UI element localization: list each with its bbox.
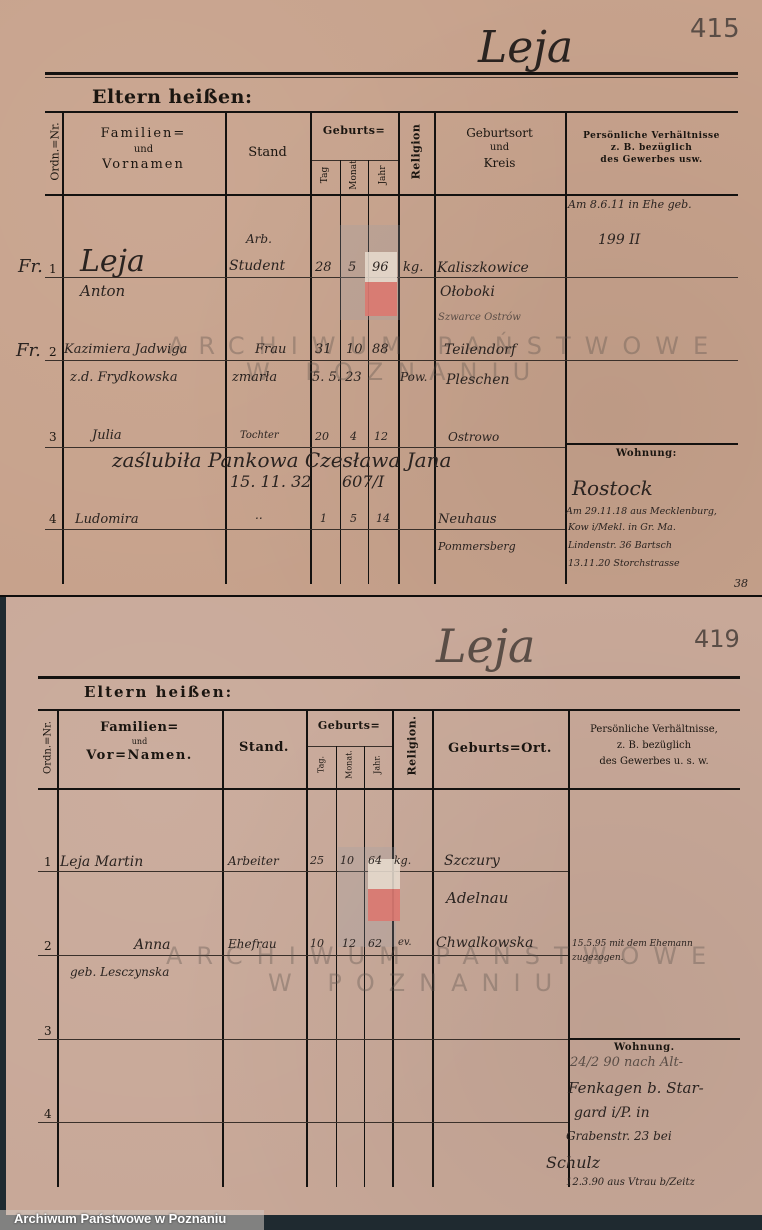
registration-card-upper: Leja 415 Eltern heißen: Ordn.=Nr. Famili… [0,0,762,595]
archive-caption: Archiwum Państwowe w Poznaniu [14,1211,226,1226]
row-line [38,1122,568,1123]
archive-caption-bar: Archiwum Państwowe w Poznaniu [0,1210,264,1230]
wohnung-rule [568,1038,740,1040]
religion-cell: ev. [398,937,412,948]
registration-card-lower: Leja 419 Eltern heißen: Ordn.=Nr. Famili… [6,597,762,1215]
wohnung-note: Kow i/Mekl. in Gr. Ma. [568,522,676,533]
wohnung-note: Am 29.11.18 aus Mecklenburg, [566,506,717,517]
wohnung-note: Rostock [572,476,653,500]
name-cell: Kazimiera Jadwiga [64,342,187,357]
jahr-cell: 96 [372,260,389,275]
ort-cell: Teilendorf [444,342,516,358]
section-title: Eltern heißen: [92,86,252,108]
stand-cell: Tochter [240,430,279,441]
header-names: Familien= und Vor=Namen. [57,719,222,765]
header-names: Familien= und Vornamen [62,125,225,174]
monat-cell: 5 [350,512,357,525]
monat-cell: 10 [346,342,363,357]
personal-note: 15.5.95 mit dem Ehemann zugezogen. [572,937,742,966]
margin-mark: Fr. [18,256,43,277]
header-ort-line1: Geburtsort [434,125,565,141]
wohnung-note: 38 [734,577,748,590]
name-cell-2: Anton [80,282,125,300]
marriage-note: zaślubiła Pankowa Czesława Jana [112,448,451,472]
ort-cell-2: Adelnau [446,889,508,907]
header-personal: Persönliche Verhältnisse, z. B. bezüglic… [568,722,740,770]
header-names-line2: und [57,737,222,748]
header-pers-line3: des Gewerbes usw. [565,154,738,166]
wohnung-note: 12.3.90 aus Vtrau b/Zeitz [566,1177,695,1188]
ort-cell: Chwalkowska [436,935,533,951]
name-cell-2: z.d. Frydkowska [70,370,178,385]
header-names-line3: Vornamen [62,156,225,174]
died-date: 5. 5. 23 [312,370,362,385]
header-pers-line1: Persönliche Verhältnisse, [568,722,740,738]
page-number: 415 [690,14,740,44]
header-jahr: Jahr. [373,746,382,784]
row-number: 2 [49,345,57,359]
header-monat: Monat [349,155,359,195]
personal-note: Am 8.6.11 in Ehe geb. [568,198,692,211]
wohnung-rule [565,443,738,445]
row-number: 3 [44,1024,52,1038]
page-number: 419 [694,625,740,653]
tag-cell: 28 [315,260,332,275]
wohnung-note: Fenkagen b. Star- [568,1079,704,1097]
table-top-border [45,111,738,113]
jahr-cell: 62 [368,937,382,950]
row-number: 3 [49,430,57,444]
personal-note: 199 II [598,232,640,248]
header-ordn: Ordn.=Nr. [43,703,54,793]
row-line [45,529,565,530]
ort-cell: Szczury [444,853,500,869]
ort-cell-3: Szwarce Ostrów [438,312,521,323]
tag-cell: 20 [315,430,329,443]
stand-cell: Student [229,258,285,274]
header-tag: Tag [320,155,330,195]
religion-cell: kg. [394,854,411,867]
header-stand: Stand. [222,739,306,757]
stamp-flag-red [365,282,397,316]
header-ordn: Ordn.=Nr. [49,107,62,197]
stamp-flag-red [368,889,400,921]
tag-cell: 31 [315,342,332,357]
religion-cell: Pow. [400,370,427,384]
stand-cell: Arbeiter [228,854,279,868]
monat-cell: 12 [342,937,356,950]
name-cell-2: geb. Lesczynska [70,965,169,979]
header-names-line3: Vor=Namen. [57,747,222,765]
wohnung-note: gard i/P. in [574,1105,650,1121]
wohnung-note: 24/2 90 nach Alt- [570,1055,683,1070]
ort-cell-2: Pommersberg [438,540,516,553]
surname-heading: Leja [478,22,573,73]
ort-cell-2: Pleschen [446,372,510,388]
jahr-cell: 14 [376,512,390,525]
row-number: 4 [49,512,57,526]
header-bottom-border [38,788,740,790]
stand-cell: .. [255,508,263,522]
jahr-cell: 64 [368,854,382,867]
stand-cell: Frau [255,342,286,357]
stand-cell: Ehefrau [228,937,277,951]
monat-cell: 10 [340,854,354,867]
wohnung-note: 13.11.20 Storchstrasse [568,558,680,569]
stand-cell-top: Arb. [246,232,272,246]
row-line [38,1039,568,1040]
ort-cell: Kaliszkowice [437,260,529,276]
name-cell: Anna [134,937,171,953]
ort-cell: Ostrowo [448,430,499,444]
row-number: 1 [44,855,52,869]
title-rule-thin [45,77,738,78]
col-line [57,709,59,1187]
row-line [38,871,568,872]
ort-cell-2: Ołoboki [440,284,495,300]
wohnung-note: Grabenstr. 23 bei [566,1129,672,1143]
wohnung-label: Wohnung. [614,1042,675,1053]
ort-cell: Neuhaus [438,512,497,527]
header-pers-line1: Persönliche Verhältnisse [565,130,738,142]
name-cell: Leja [80,244,145,279]
header-religion: Religion. [406,706,419,786]
row-number: 1 [49,262,57,276]
header-personal: Persönliche Verhältnisse z. B. bezüglich… [565,130,738,166]
title-rule [45,72,738,75]
header-pers-line2: z. B. bezüglich [565,142,738,154]
row-line [565,360,738,361]
name-cell: Leja Martin [60,854,143,870]
header-pers-line2: z. B. bezüglich [568,738,740,754]
header-ort-line2: und [434,141,565,155]
header-jahr: Jahr [378,155,388,195]
header-geburts: Geburts= [310,124,398,139]
jahr-cell: 12 [374,430,388,443]
marriage-date: 15. 11. 32 [230,472,311,491]
header-names-line2: und [62,143,225,157]
monat-cell: 4 [350,430,357,443]
tag-cell: 1 [320,512,327,525]
header-monat: Monat. [345,746,354,784]
row-number: 2 [44,939,52,953]
name-cell: Julia [92,428,122,443]
wohnung-label: Wohnung: [616,448,677,459]
tag-cell: 10 [310,937,324,950]
jahr-cell: 88 [372,342,389,357]
header-ort-line3: Kreis [434,155,565,171]
monat-cell: 5 [348,260,356,275]
section-title: Eltern heißen: [84,683,233,701]
surname-heading: Leja [436,619,535,673]
tag-cell: 25 [310,854,324,867]
header-geburtsort: Geburtsort und Kreis [434,125,565,171]
margin-mark: Fr. [16,340,41,361]
header-religion: Religion [410,112,423,192]
stand-cell-2: zmarła [232,370,277,385]
header-names-line1: Familien= [57,719,222,737]
header-tag: Tag. [317,746,326,784]
wohnung-note: Lindenstr. 36 Bartsch [568,540,672,551]
header-names-line1: Familien= [62,125,225,143]
row-number: 4 [44,1107,52,1121]
header-pers-line3: des Gewerbes u. s. w. [568,754,740,770]
header-geburtsort: Geburts=Ort. [432,740,568,758]
title-rule [38,676,740,679]
marriage-ref: 607/I [342,472,384,491]
archive-stamp-line2: W POZNANIU [268,969,566,997]
religion-cell: kg. [403,260,423,275]
name-cell: Ludomira [75,512,139,527]
header-bottom-border [45,194,738,196]
header-stand: Stand [225,144,310,162]
header-geburts: Geburts= [306,719,392,734]
table-top-border [38,709,740,711]
wohnung-note: Schulz [546,1153,600,1172]
